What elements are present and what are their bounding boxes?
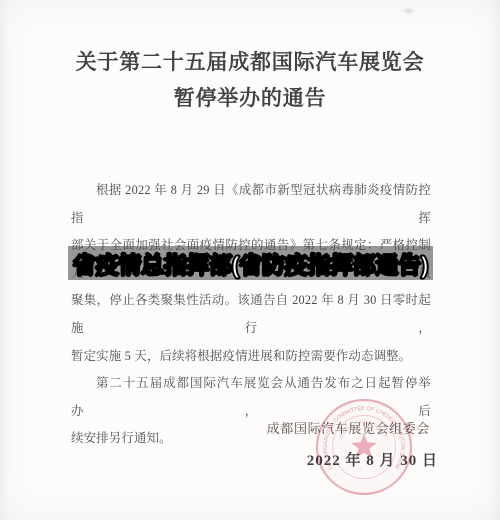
body-line: 聚集，停止各类聚集性活动。该通告自 2022 年 8 月 30 日零时起施行， (71, 287, 431, 342)
caption-overlay-band: 省疫情总指挥部(省防疫指挥部通告) (68, 246, 433, 280)
paper-smudge (402, 7, 415, 15)
body-line: 根据 2022 年 8 月 29 日《成都市新型冠状病毒肺炎疫情防控指挥 (71, 177, 431, 232)
notice-title-line1: 关于第二十五届成都国际汽车展览会 (0, 44, 500, 80)
official-seal: THE ORGANIZING COMMITTEE OF CHENGDU MOTO… (314, 397, 414, 497)
notice-title: 关于第二十五届成都国际汽车展览会 暂停举办的通告 (0, 44, 500, 116)
body-line: 暂定实施 5 天，后续将根据疫情进展和防控需要作动态调整。 (71, 343, 431, 371)
caption-overlay-text: 省疫情总指挥部(省防疫指挥部通告) (73, 247, 428, 280)
notice-title-line2: 暂停举办的通告 (0, 80, 500, 116)
document-photo: 关于第二十五届成都国际汽车展览会 暂停举办的通告 根据 2022 年 8 月 2… (0, 0, 500, 520)
